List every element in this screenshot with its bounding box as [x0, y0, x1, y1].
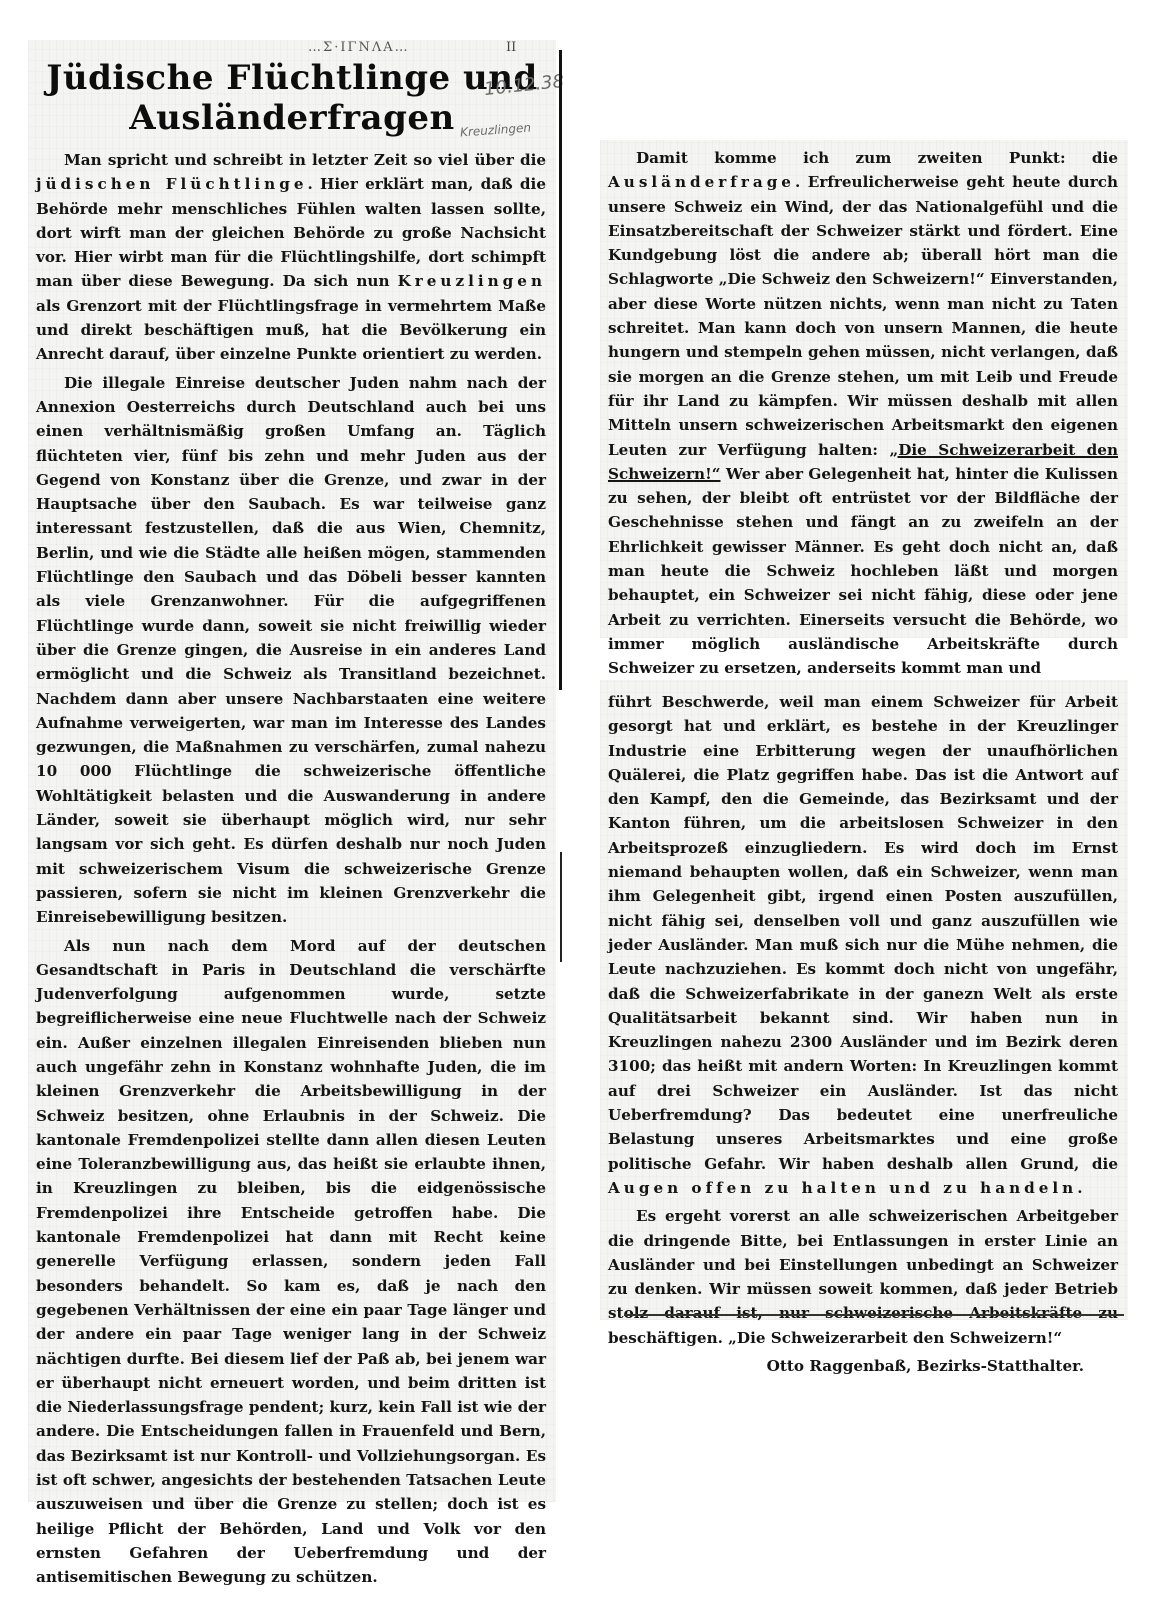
handwritten-place-note: Kreuzlingen — [459, 118, 531, 143]
paragraph-continuation: führt Beschwerde, weil man einem Schweiz… — [608, 690, 1118, 1200]
emphasis-spaced: Ausländerfrage — [608, 173, 795, 191]
article-body-right-top: Damit komme ich zum zweiten Punkt: die A… — [608, 146, 1118, 685]
masthead-mark: II — [506, 40, 516, 55]
closing-rule — [624, 1314, 1124, 1316]
paragraph-intro: Man spricht und schreibt in letzter Zeit… — [36, 148, 546, 367]
emphasis-spaced: Augen offen zu halten und zu handeln — [608, 1179, 1077, 1197]
column-rule — [559, 50, 562, 690]
text-run: . — [1077, 1179, 1082, 1197]
paragraph-auslaenderfrage: Damit komme ich zum zweiten Punkt: die A… — [608, 146, 1118, 681]
paragraph-appeal: Es ergeht vorerst an alle schweizerische… — [608, 1204, 1118, 1350]
text-run: führt Beschwerde, weil man einem Schweiz… — [608, 693, 1118, 1173]
article-clipping-right-bottom: führt Beschwerde, weil man einem Schweiz… — [600, 680, 1128, 1320]
text-run: Damit komme ich zum zweiten Punkt: die — [636, 149, 1118, 167]
article-body-left: Man spricht und schreibt in letzter Zeit… — [36, 148, 546, 1594]
emphasis-spaced: Kreuzlingen — [398, 272, 546, 290]
emphasis-spaced: jüdischen Flüchtlinge — [36, 175, 308, 193]
masthead-fragment: …Σ·ΙΓΝΛΑ… — [308, 40, 410, 55]
article-clipping-left-column: …Σ·ΙΓΝΛΑ… II Jüdische Flüchtlinge und Au… — [28, 40, 556, 1502]
text-run: Wer aber Gelegenheit hat, hinter die Kul… — [608, 465, 1118, 677]
article-clipping-right-top: Damit komme ich zum zweiten Punkt: die A… — [600, 140, 1128, 638]
paragraph-paris-murder: Als nun nach dem Mord auf der deutschen … — [36, 934, 546, 1590]
column-rule — [560, 852, 562, 962]
headline-line-1: Jüdische Flüchtlinge und — [28, 58, 556, 98]
text-run: Man spricht und schreibt in letzter Zeit… — [64, 151, 546, 169]
text-run: . Erfreulicherweise geht heute durch uns… — [608, 173, 1118, 458]
article-body-right-bottom: führt Beschwerde, weil man einem Schweiz… — [608, 690, 1118, 1382]
paragraph-illegal-entry: Die illegale Einreise deutscher Juden na… — [36, 371, 546, 930]
author-signature: Otto Raggenbaß, Bezirks-Statthalter. — [608, 1354, 1118, 1378]
text-run: als Grenzort mit der Flüchtlingsfrage in… — [36, 297, 546, 364]
